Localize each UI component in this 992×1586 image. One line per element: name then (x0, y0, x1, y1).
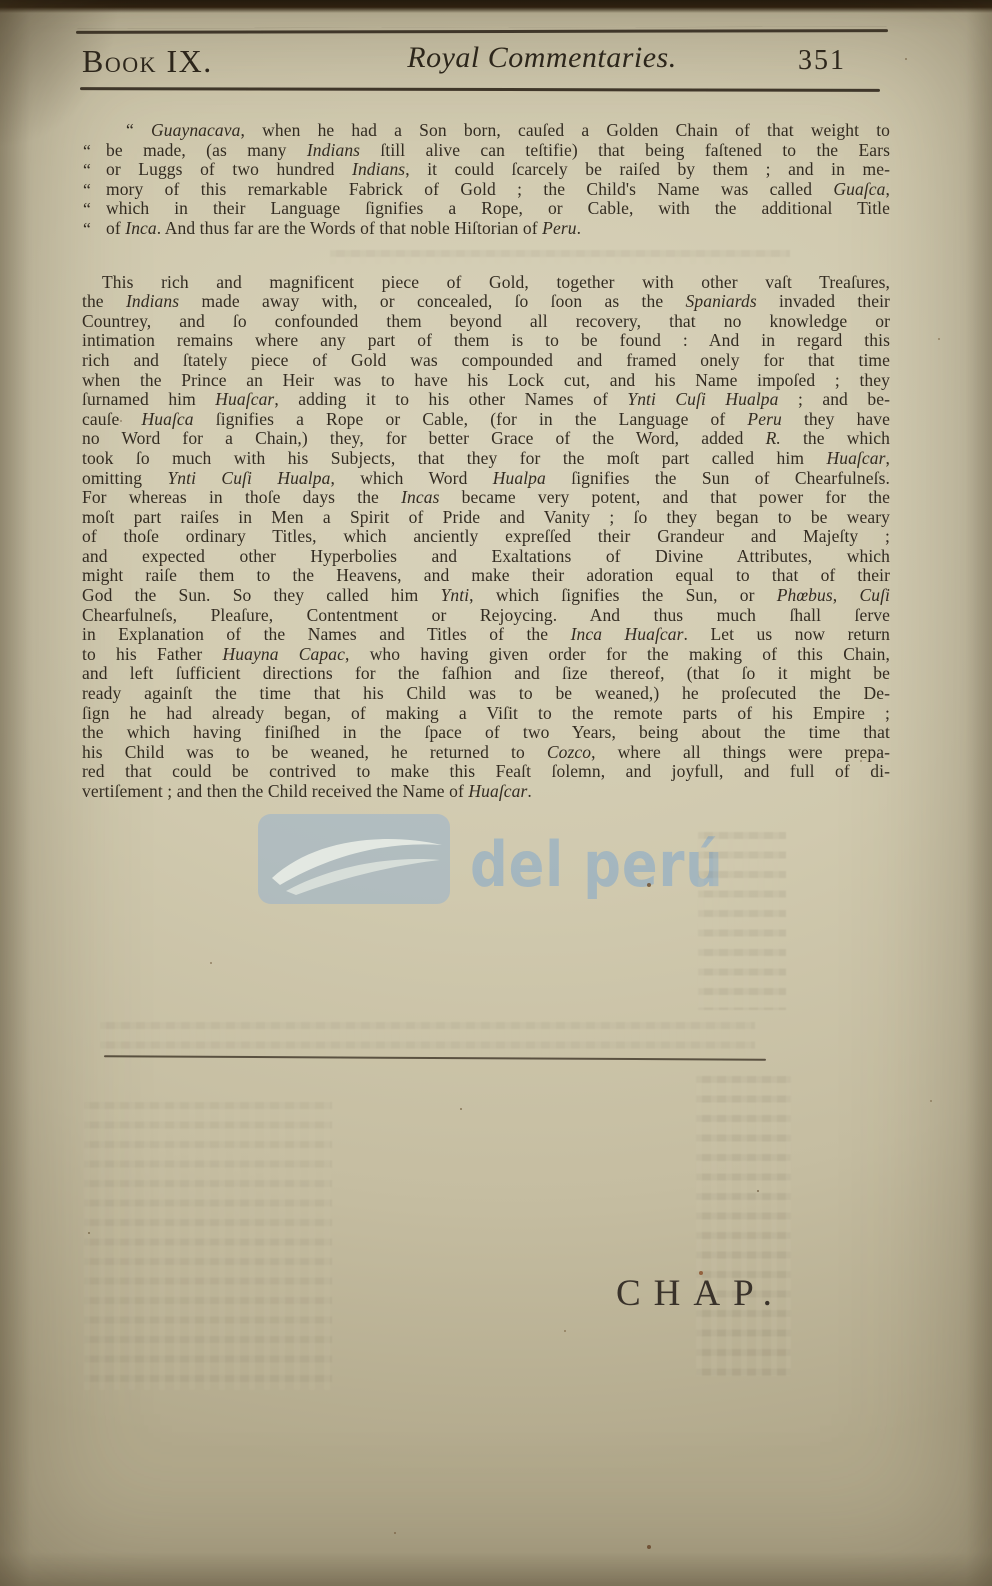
margin-quote-mark: “ (83, 142, 91, 162)
text-line: For whereas in thoſe days the Incas beca… (82, 488, 890, 508)
text-line: “of Inca. And thus far are the Words of … (106, 219, 890, 239)
text-line: “mory of this remarkable Fabrick of Gold… (106, 180, 890, 200)
text-line: God the Sun. So they called him Ynti, wh… (82, 586, 890, 606)
margin-quote-mark: “ (83, 220, 91, 240)
book-page-photo: Book IX. Royal Commentaries. 351 “ Guayn… (0, 0, 992, 1586)
bleed-through-text (100, 1022, 755, 1056)
text-line: to his Father Huayna Capac, who having g… (82, 645, 890, 665)
text-line: ſurnamed him Huaſcar, adding it to his o… (82, 390, 890, 410)
text-line: This rich and magnificent piece of Gold,… (82, 273, 890, 293)
text-line: “or Luggs of two hundred Indians, it cou… (106, 160, 890, 180)
text-line: “ Guaynacava, when he had a Son born, ca… (106, 121, 890, 141)
catchword: CHAP. (616, 1272, 785, 1315)
text-line: red that could be contrived to make this… (82, 762, 890, 782)
text-line: the which having finiſhed in the ſpace o… (82, 723, 890, 743)
text-line: and left ſufficient directions for the f… (82, 664, 890, 684)
text-line: omitting Ynti Cuſi Hualpa, which Word Hu… (82, 469, 890, 489)
text-line: Chearfulneſs, Pleaſure, Contentment or R… (82, 606, 890, 626)
main-paragraph: This rich and magnificent piece of Gold,… (82, 273, 890, 802)
quoted-paragraph: “ Guaynacava, when he had a Son born, ca… (106, 121, 890, 239)
margin-quote-mark: “ (83, 161, 91, 181)
text-line: cauſe Huaſca ſignifies a Rope or Cable, … (82, 410, 890, 430)
text-line: his Child was to be weaned, he returned … (82, 743, 890, 763)
page-header: Book IX. Royal Commentaries. 351 (82, 41, 892, 83)
text-line: and expected other Hyperbolies and Exalt… (82, 547, 890, 567)
text-line: ſign he had already began, of making a V… (82, 704, 890, 724)
margin-quote-mark: “ (83, 200, 91, 220)
text-line: rich and ſtately piece of Gold was compo… (82, 351, 890, 371)
page-number: 351 (798, 45, 846, 77)
text-line: the Indians made away with, or concealed… (82, 292, 890, 312)
text-block: “ Guaynacava, when he had a Son born, ca… (82, 121, 890, 802)
section-rule (104, 1055, 766, 1060)
photo-top-edge (0, 0, 992, 13)
text-line: might raiſe them to the Heavens, and mak… (82, 566, 890, 586)
book-label: Book IX. (82, 43, 213, 80)
text-line: vertiſement ; and then the Child receive… (82, 782, 890, 802)
text-line: in Explanation of the Names and Titles o… (82, 625, 890, 645)
bleed-through-text (696, 1076, 791, 1376)
bleed-through-text (84, 1102, 332, 1390)
text-line: moſt part raiſes in Men a Spirit of Prid… (82, 508, 890, 528)
text-line: “be made, (as many Indians ſtill alive c… (106, 141, 890, 161)
running-title: Royal Commentaries. (242, 41, 842, 75)
margin-quote-mark: “ (83, 181, 91, 201)
text-line: no Word for a Chain,) they, for better G… (82, 429, 890, 449)
library-watermark-book-icon (256, 812, 452, 906)
text-line: intimation remains where any part of the… (82, 331, 890, 351)
text-line: Countrey, and ſo confounded them beyond … (82, 312, 890, 332)
text-line: took ſo much with his Subjects, that the… (82, 449, 890, 469)
text-line: of thoſe ordinary Titles, which ancientl… (82, 527, 890, 547)
text-line: ready againſt the time that his Child wa… (82, 684, 890, 704)
text-line: “which in their Language ſignifies a Rop… (106, 199, 890, 219)
header-rule-bottom (80, 87, 880, 92)
text-line: when the Prince an Heir was to have his … (82, 371, 890, 391)
header-rule-top (76, 29, 888, 34)
library-watermark-text: del perú (470, 828, 724, 901)
